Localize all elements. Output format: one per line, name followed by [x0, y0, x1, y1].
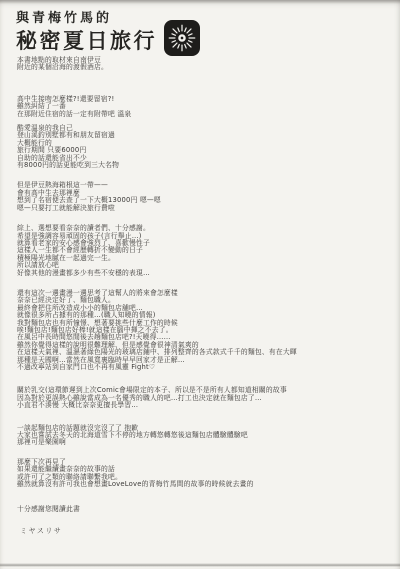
- text-line: 高中生接吻怎麼樣?!還要留宿?!: [17, 96, 394, 103]
- paragraph: 那麼下次再見了如果還能繼續畫奈奈的故事的話或許可了之類的聯絡請聯繫我吧。雖然就算…: [17, 459, 394, 489]
- paragraph: 關於乳交(這環節遲到上次Comic會場限定的本子、所以是不是所有人都知道相關的故…: [17, 387, 394, 409]
- text-line: 好像其他的漫畫都多少有些不安穩的表現…: [17, 270, 394, 277]
- text-line: 登山溪釣別墅都有和朋友留宿過: [17, 132, 394, 139]
- text-line: 附近的某個沿海的渡假酒店。: [17, 64, 394, 71]
- text-line: 不過改寧站到自家門口也不再有風靈 Fight♡: [17, 364, 394, 371]
- title-line-2: 秘密夏日旅行: [16, 28, 157, 54]
- scan-artifact-bottom-edge: [0, 563, 400, 567]
- paragraph: 高中生接吻怎麼樣?!還要留宿?!雖然糾結了一番在那附近住宿的話一定有附帶吧 溫泉: [17, 96, 394, 118]
- title-row: 秘密夏日旅行: [16, 26, 200, 56]
- scanned-afterword-page: 與青梅竹馬的 秘密夏日旅行: [0, 0, 400, 569]
- scan-artifact-top-edge: [0, 0, 400, 4]
- afterword-text: 本書地點的取材來自南伊豆附近的某個沿海的渡假酒店。高中生接吻怎麼樣?!還要留宿?…: [17, 57, 394, 527]
- paragraph: 一談起麵包店的話題就沒完沒了了 抱歉大家也嘗試去冬天的北海道雪下不停的地方轉悠轉…: [17, 425, 394, 447]
- paragraph: 還有這次一邊畫漫一邊思考了這幫人的將來會怎麼樣奈奈已經決定好了、麵包職人。最終會…: [17, 290, 394, 371]
- text-line: 大家也嘗試去冬天的北海道雪下不停的地方轉悠轉悠後這麵包店體驗體驗吧: [17, 432, 394, 439]
- text-line: 嗯—只要打工就能解決旅行費啦: [17, 205, 394, 212]
- text-line: 有8000円的話更能吃到三大名物: [17, 162, 394, 169]
- title-block: 與青梅竹馬的 秘密夏日旅行: [16, 11, 200, 56]
- paragraph: 綜上、選想要看奈奈的讀者們、十分感謝。希望是強調容易頑固的孩子(言行舉止…)就算…: [17, 225, 394, 277]
- text-line: 雖然就算沒有許可我也會想畫LoveLove的青梅竹馬間的故事的時候就去畫的: [17, 481, 394, 488]
- text-line: 積極陽光地膩在一起過完一生。: [17, 255, 394, 262]
- text-line: 那裡可是樂園啊: [17, 439, 394, 446]
- text-line: 小直君不湊慢 大概比奈奈更擅長學習…: [17, 402, 394, 409]
- paragraph: 但是伊豆熱海箱根這一帶——會有高中生去那裡麼想到了名宿便去查了一下大概13000…: [17, 182, 394, 212]
- paragraph: 十分感謝您閱讀此書: [17, 506, 394, 513]
- text-line: 在那附近住宿的話一定有附帶吧 溫泉: [17, 111, 394, 118]
- sun-icon: [164, 20, 200, 56]
- text-line: 十分感謝您閱讀此書: [17, 506, 394, 513]
- artist-signature: ミヤスリサ: [20, 526, 62, 536]
- paragraph: 本書地點的取材來自南伊豆附近的某個沿海的渡假酒店。: [17, 57, 394, 72]
- paragraph: 酷愛溫泉的我自己登山溪釣別墅都有和朋友留宿過大概能行的旅行期間 只要6000円自…: [17, 125, 394, 169]
